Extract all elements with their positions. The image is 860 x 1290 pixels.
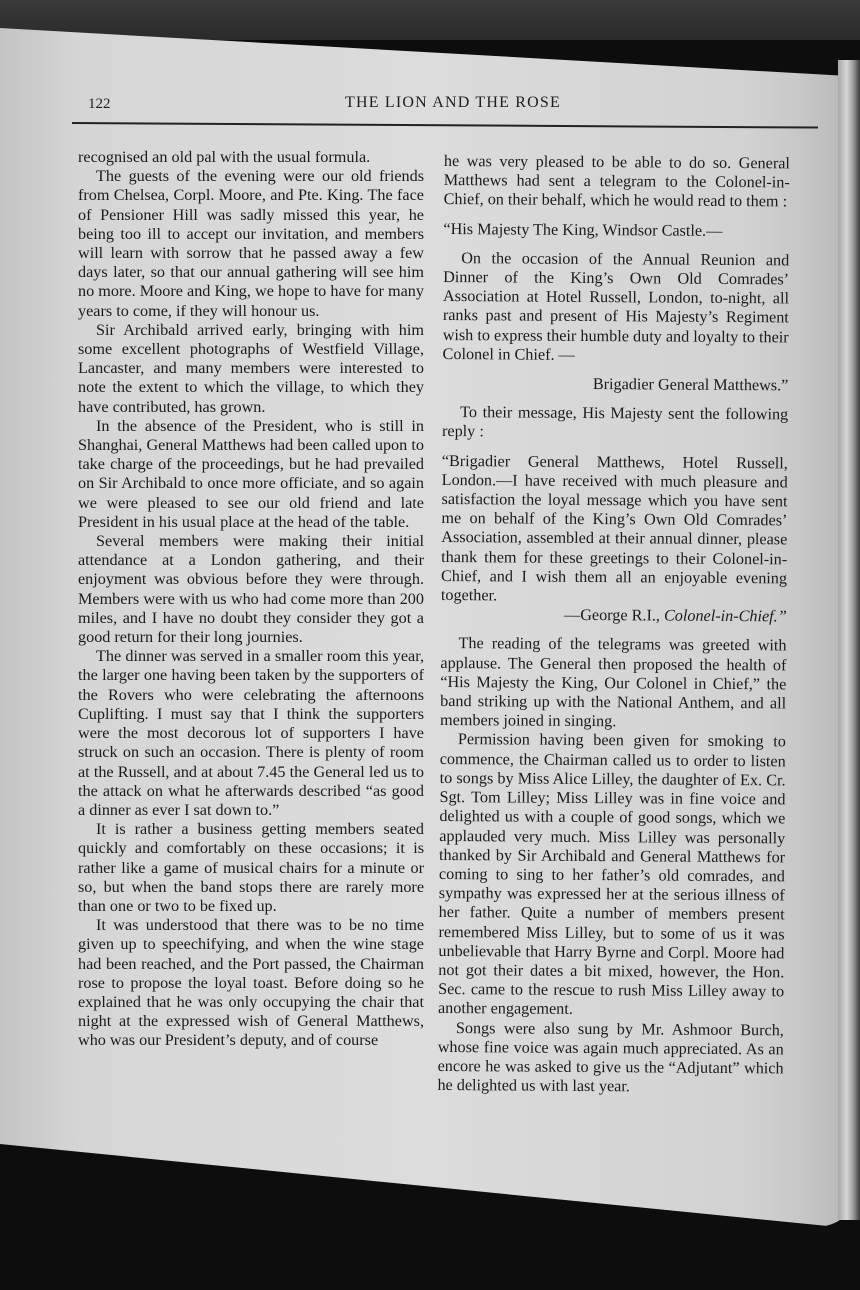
telegram-address: “His Majesty The King, Windsor Castle.— (443, 220, 789, 242)
page-header: 122 THE LION AND THE ROSE (88, 92, 818, 120)
paragraph: The guests of the evening were our old f… (78, 167, 424, 321)
paragraph: It is rather a business getting members … (78, 820, 424, 916)
paragraph: Permission having been given for smoking… (438, 730, 786, 1020)
background-dark (0, 0, 860, 40)
paragraph: Several members were making their initia… (78, 532, 424, 647)
paragraph: Songs were also sung by Mr. Ashmoor Burc… (437, 1019, 784, 1098)
telegram-body: On the occasion of the Annual Reunion an… (443, 249, 790, 367)
reply-intro: To their message, His Majesty sent the f… (442, 403, 788, 444)
paragraph: recognised an old pal with the usual for… (78, 148, 424, 167)
running-title: THE LION AND THE ROSE (88, 94, 818, 112)
page-gutter-edge (838, 60, 860, 1220)
reply-body: “Brigadier General Matthews, Hotel Russe… (441, 452, 788, 608)
right-column: he was very pleased to be able to do so.… (437, 152, 790, 1098)
paragraph: It was understood that there was to be n… (78, 916, 424, 1050)
paragraph: The reading of the telegrams was greeted… (440, 634, 787, 732)
paragraph-intro: he was very pleased to be able to do so.… (444, 152, 790, 212)
paragraph: The dinner was served in a smaller room … (78, 647, 424, 820)
paragraph: Sir Archibald arrived early, bringing wi… (78, 321, 424, 417)
left-column: recognised an old pal with the usual for… (78, 148, 424, 1051)
reply-signature: —George R.I., Colonel-in-Chief.” (441, 605, 787, 627)
paragraph: In the absence of the President, who is … (78, 417, 424, 532)
reply-signature-title: Colonel-in-Chief.” (664, 607, 787, 626)
telegram-signature: Brigadier General Matthews.” (442, 374, 788, 396)
reply-signature-name: —George R.I., (564, 606, 664, 625)
